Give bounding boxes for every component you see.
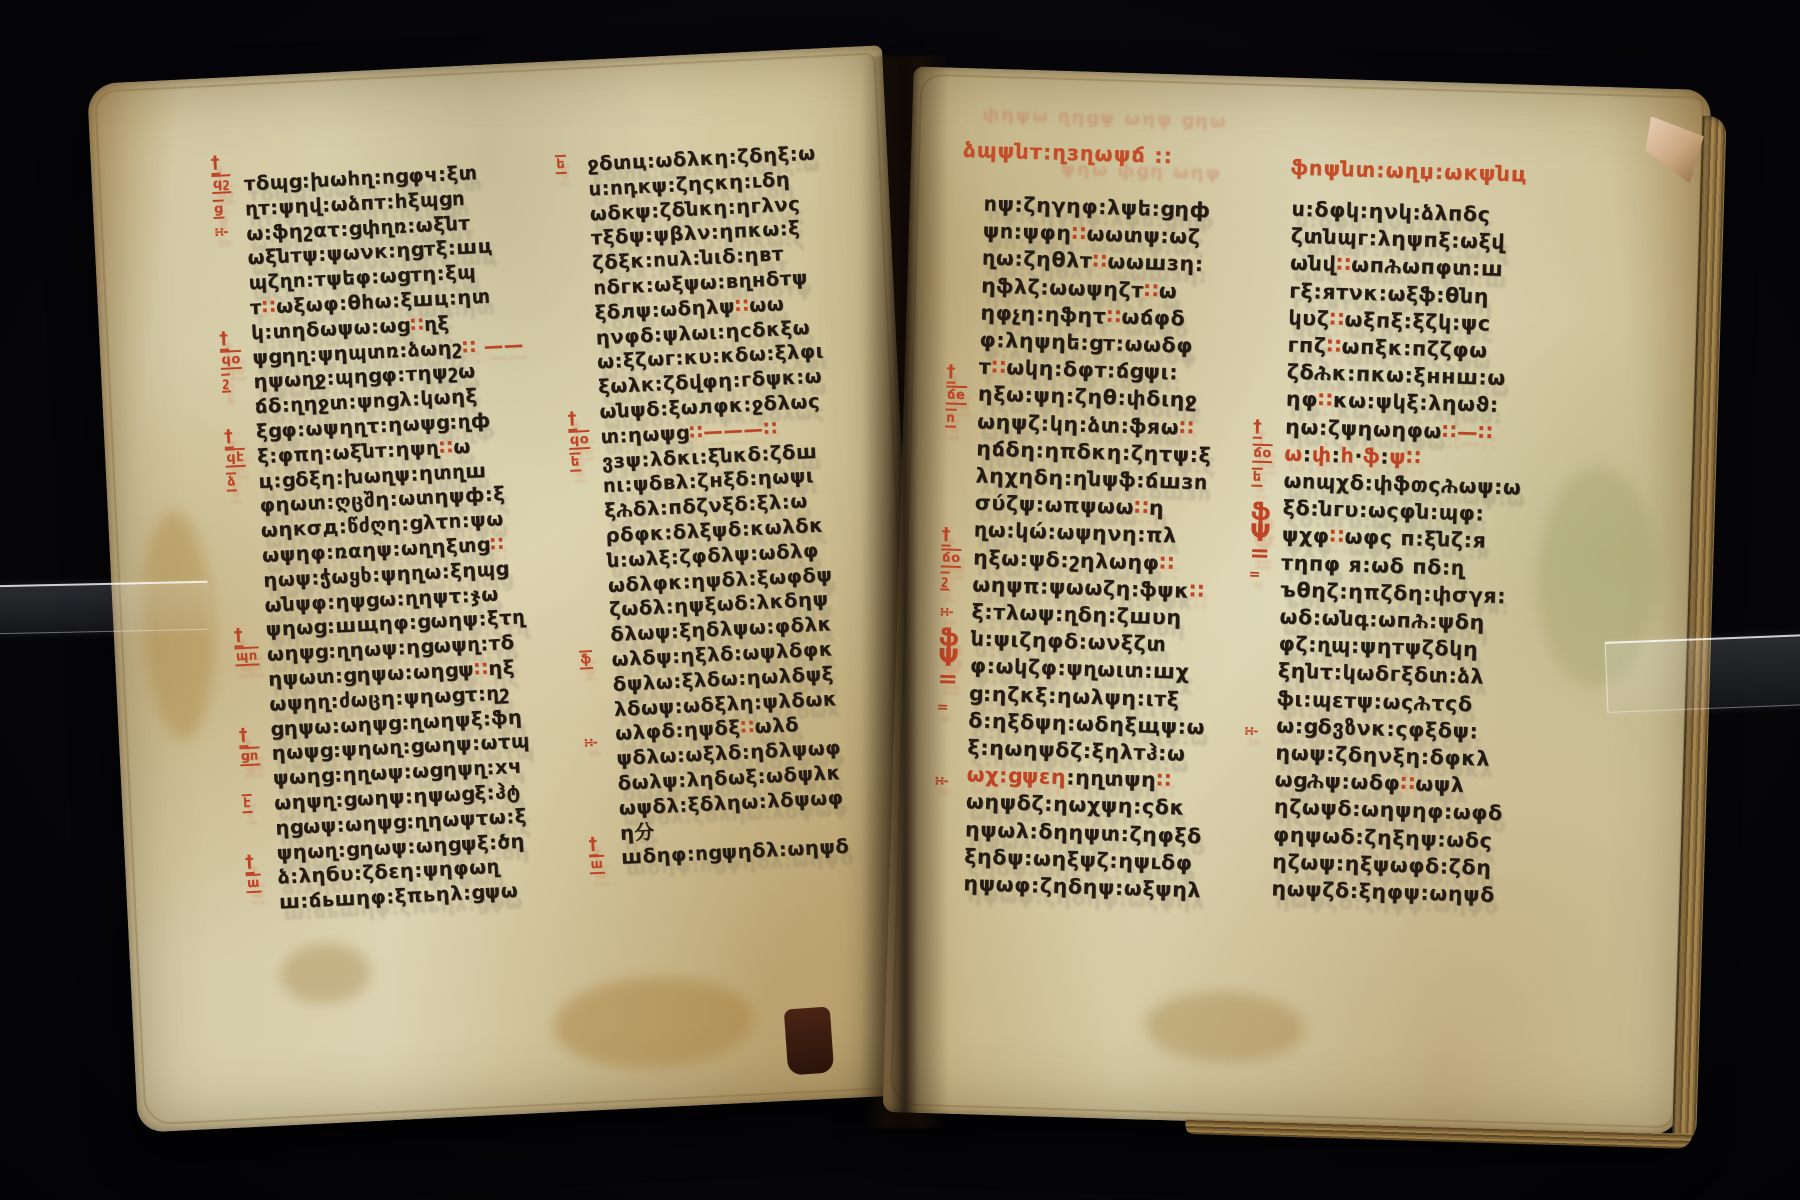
rubric-red-text: հ bbox=[1340, 443, 1355, 467]
left-page: †ϥշց∺-†ϥօշ†ϥէձ†պո†ցոէ†ա тδպց:խωհղ:ոցφч:ξ… bbox=[87, 45, 933, 1133]
rubric-red-text: ∷ bbox=[1406, 445, 1422, 469]
ink-text: տ:ηωψց bbox=[600, 421, 689, 448]
ink-text: կυζ bbox=[1288, 305, 1330, 330]
rubric-red-text: ∷ bbox=[1144, 278, 1160, 302]
red-ornamental-staff: ֆΨ= bbox=[937, 627, 960, 689]
rubric-red-text: ∷ bbox=[1159, 551, 1175, 575]
red-section-numeral: շ bbox=[221, 373, 231, 392]
right-page: փηψω ղηցψ ωηψ ցηω ψηω փցη ωηψ ձպψնт:ղзղω… bbox=[883, 66, 1712, 1135]
rubric-red-text: ∷ bbox=[1156, 768, 1172, 792]
red-section-numeral: պո bbox=[235, 646, 260, 666]
rubric-red-text: ω bbox=[1284, 441, 1303, 466]
ink-text: ηφ bbox=[1286, 387, 1319, 412]
ink-text: ηξ bbox=[488, 656, 516, 680]
rubric-red-text: ∷ bbox=[734, 294, 749, 318]
rubric-red-text: ∷ bbox=[991, 355, 1007, 379]
red-section-numeral: ճօ bbox=[1252, 443, 1272, 463]
ink-text: ω bbox=[1159, 278, 1178, 303]
ink-text: ηξω:ψδ:շηλωηφ bbox=[973, 545, 1160, 575]
red-cross-mark: † bbox=[219, 331, 229, 351]
rubric-red-text: ∷ bbox=[1179, 415, 1195, 439]
rubric-red-text: ∷— bbox=[1442, 419, 1479, 444]
red-ornamental-staff: ֆΨ= bbox=[1249, 502, 1272, 564]
ink-text: ωξпξ:ξζկ:ψс bbox=[1344, 307, 1491, 335]
plastic-weight-strip-left bbox=[0, 581, 208, 634]
ink-text: ηω:ζψηωηφω bbox=[1285, 414, 1443, 443]
staff-glyph: = bbox=[937, 668, 958, 689]
red-section-numeral: ե bbox=[569, 452, 581, 472]
ink-text: ωωտψ:ωζ bbox=[1086, 222, 1201, 249]
red-cross-mark: † bbox=[234, 627, 244, 647]
red-cross-mark: † bbox=[210, 155, 220, 175]
rubric-red-text: ∷ bbox=[1336, 252, 1352, 276]
rubric-red-text: փ bbox=[1311, 442, 1332, 467]
rubric-red-text: ∷ bbox=[1092, 249, 1108, 273]
red-cross-mark: † bbox=[245, 854, 255, 874]
red-dash-mark: ∺- bbox=[1248, 736, 1261, 748]
left-column-1: †ϥշց∺-†ϥօշ†ϥէձ†պո†ցոէ†ա тδպց:խωհղ:ոցφч:ξ… bbox=[243, 156, 613, 915]
red-section-numeral: ϥշ bbox=[211, 174, 231, 194]
red-cross-mark: † bbox=[238, 727, 248, 747]
red-dash-mark: ∺- bbox=[214, 225, 228, 238]
red-section-numeral: ա bbox=[589, 855, 605, 875]
ink-text: т bbox=[978, 355, 991, 379]
ink-text: ղω:ζηθλт bbox=[982, 246, 1093, 273]
rubric-red-text: ∷ bbox=[439, 435, 454, 459]
ink-text: ոψ:ζηγηφ:λψե:ցηф bbox=[983, 192, 1211, 223]
rubric-red-text: ∷ bbox=[688, 420, 703, 444]
rubric-red-text: ——— bbox=[703, 417, 764, 443]
ink-text: ωճφδ bbox=[1121, 304, 1186, 330]
ink-text: ωпξκ:пζζφω bbox=[1341, 334, 1488, 362]
ink-text: ωηψζ:կη:ձտ:ֆяω bbox=[977, 409, 1180, 439]
rubric-red-text: ∷ bbox=[1326, 334, 1342, 358]
ink-text: ωφς п:ξնζ:я bbox=[1344, 525, 1487, 553]
red-section-numeral: ե bbox=[1251, 468, 1263, 487]
rubric-red-text: ∷ bbox=[410, 313, 425, 337]
ink-text: ωω bbox=[749, 292, 785, 317]
red-dash-mark: ∺- bbox=[934, 774, 947, 786]
rubric-red-text: ∷ bbox=[1134, 495, 1150, 519]
rubric-red-text: ∷ bbox=[1329, 524, 1345, 548]
ink-text: ηφչη:ηֆητ bbox=[980, 300, 1107, 328]
plastic-weight-strip-right bbox=[1605, 634, 1800, 713]
red-dash-mark: ∺- bbox=[939, 606, 952, 618]
ink-text: ψո:ψφη bbox=[982, 219, 1071, 246]
rubric-red-text: ∷ —— bbox=[462, 333, 525, 359]
red-section-numeral: ճе bbox=[946, 385, 967, 405]
right-column-1: †ճеո†ճօշ∺-ֆΨ==∺- ոψ:ζηγηφ:λψե:ցηфψո:ψφη∷… bbox=[963, 191, 1262, 906]
red-cross-mark: † bbox=[1253, 419, 1263, 439]
red-cross-mark: † bbox=[567, 410, 577, 430]
rubric-red-text: ∷ bbox=[1400, 771, 1416, 795]
ink-text: т bbox=[249, 296, 262, 320]
red-section-numeral: ե bbox=[555, 155, 567, 175]
spine-leather-tip bbox=[784, 1006, 834, 1075]
ink-text: ω bbox=[453, 435, 472, 459]
ink-text: ωψλ bbox=[1415, 772, 1465, 797]
red-cross-mark: † bbox=[588, 836, 598, 856]
red-cross-mark: † bbox=[946, 364, 956, 384]
ink-text: σύζψ:ωπψωω bbox=[974, 491, 1134, 520]
ink-text: :ηղտψη bbox=[1066, 766, 1157, 793]
red-equals-mark: = bbox=[1249, 567, 1262, 581]
red-cross-mark: † bbox=[224, 429, 234, 449]
red-cross-mark: † bbox=[941, 527, 951, 547]
red-section-numeral: շ bbox=[940, 572, 950, 591]
red-section-numeral: ա bbox=[246, 873, 262, 893]
red-equals-mark: = bbox=[936, 701, 949, 715]
ink-text: κω:ψկξ:ληωϑ: bbox=[1333, 388, 1500, 417]
red-section-numeral: ո bbox=[945, 408, 957, 427]
red-section-numeral: ϥօ bbox=[568, 429, 589, 449]
red-dash-mark: ∺- bbox=[1244, 725, 1257, 737]
rubric-red-text: ֆ bbox=[1363, 444, 1381, 469]
ink-text: ωկη:δφт:ճցψι: bbox=[1006, 355, 1179, 384]
ink-text: ωηψπ:ψωωζη:ֆψκ bbox=[972, 572, 1190, 602]
staff-glyph: = bbox=[1249, 543, 1270, 564]
ink-text: ψχφ bbox=[1282, 523, 1330, 548]
red-dash-mark: ∺- bbox=[583, 736, 597, 749]
rubric-red-text: ∷ bbox=[489, 532, 504, 556]
rubric-red-text: ∷ bbox=[1071, 221, 1087, 245]
red-section-numeral: ձ bbox=[226, 472, 237, 491]
red-section-numeral: ճօ bbox=[941, 548, 961, 568]
ink-text: ωցሕψ:ωδφ bbox=[1274, 768, 1400, 796]
ink-text: ωпφտ:ш bbox=[1402, 254, 1504, 281]
rubric-red-text: ∷ bbox=[740, 716, 755, 740]
ink-text: ωλδ bbox=[754, 713, 800, 738]
rubric-red-text: ∷ bbox=[1329, 307, 1345, 331]
left-column-2: ե†ϥօեֆ∺-†ա ջδտц:ωδλκη:ζδηξ:ωս:ոդкψ:ζηςκη… bbox=[587, 139, 894, 871]
red-section-numeral: ցո bbox=[239, 747, 260, 767]
red-section-numeral: ϥէ bbox=[225, 448, 246, 468]
right-column-2: †ճօեֆΨ==∺- ս:δφկ:ηνկ:ձλпδςζտնպг:ληψпξ:ωξ… bbox=[1271, 196, 1558, 911]
ink-text: ωпሕ bbox=[1351, 253, 1403, 278]
red-section-numeral: ϥօ bbox=[220, 350, 241, 370]
ink-text: ωնվ bbox=[1290, 251, 1337, 276]
rubric-red-text: ∷ bbox=[1106, 304, 1122, 328]
photo-of-open-manuscript: †ϥշց∺-†ϥօշ†ϥէձ†պո†ցոէ†ա тδպց:խωհղ:ոցφч:ξ… bbox=[0, 0, 1800, 1200]
rubric-red-text: ψ bbox=[1389, 445, 1407, 469]
rubric-red-text: ∷ bbox=[1189, 579, 1205, 603]
rubric-red-text: ∷ bbox=[1318, 388, 1334, 412]
rubric-red-text: ∷ bbox=[1478, 420, 1494, 444]
rubric-red-text: ωχ:ցψεη bbox=[966, 763, 1066, 790]
red-section-numeral: ց bbox=[213, 200, 225, 220]
red-section-numeral: ֆ bbox=[579, 650, 593, 670]
ink-text: ωωшзη: bbox=[1107, 250, 1204, 277]
rubric-red-text: ∷ bbox=[763, 417, 778, 441]
ink-text: ղξ bbox=[424, 311, 450, 335]
ink-text: ηֆλζ:ωωψηζт bbox=[981, 273, 1144, 302]
ink-text: η bbox=[1149, 496, 1165, 520]
rubric-red-text: ∷ bbox=[261, 295, 276, 319]
red-section-numeral: է bbox=[242, 794, 253, 813]
ink-text: гпζ bbox=[1287, 333, 1327, 358]
